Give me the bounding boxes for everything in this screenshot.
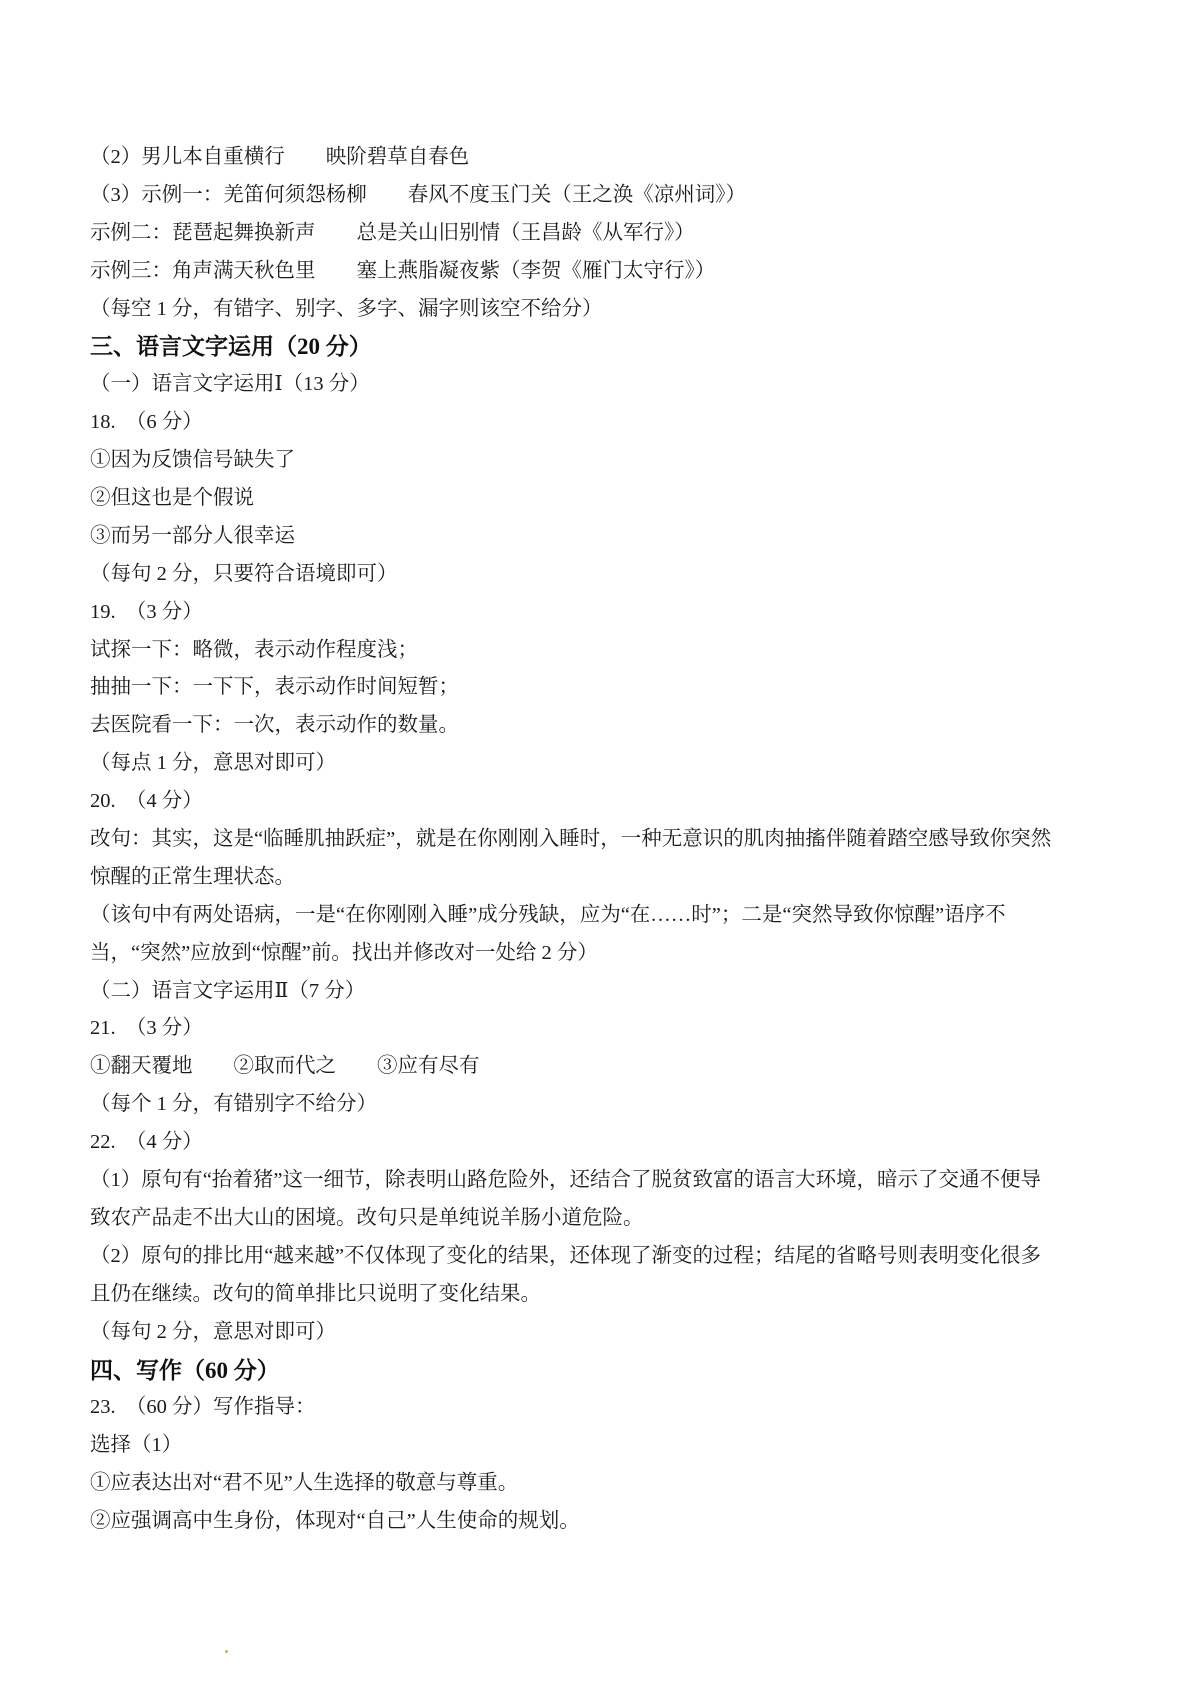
answer-line: ①应表达出对“君不见”人生选择的敬意与尊重。 — [90, 1465, 1130, 1503]
question-number: 18. （6 分） — [90, 404, 1130, 442]
answer-line: 抽抽一下：一下下，表示动作时间短暂； — [90, 669, 1130, 707]
answer-line: （3）示例一：羌笛何须怨杨柳 春风不度玉门关（王之涣《凉州词》） — [90, 177, 1130, 215]
answer-line: （2）原句的排比用“越来越”不仅体现了变化的结果，还体现了渐变的过程；结尾的省略… — [90, 1238, 1130, 1276]
question-number: 21. （3 分） — [90, 1010, 1130, 1048]
answer-line: ③而另一部分人很幸运 — [90, 518, 1130, 556]
answer-line: （1）原句有“抬着猪”这一细节，除表明山路危险外，还结合了脱贫致富的语言大环境，… — [90, 1162, 1130, 1200]
section-heading: 四、写作（60 分） — [90, 1352, 1130, 1390]
scoring-note: （每空 1 分，有错字、别字、多字、漏字则该空不给分） — [90, 291, 1130, 329]
answer-key-text-block: （2）男儿本自重横行 映阶碧草自春色 （3）示例一：羌笛何须怨杨柳 春风不度玉门… — [90, 139, 1130, 1541]
answer-line: ①因为反馈信号缺失了 — [90, 442, 1130, 480]
answer-line: （2）男儿本自重横行 映阶碧草自春色 — [90, 139, 1130, 177]
answer-line: 改句：其实，这是“临睡肌抽跃症”，就是在你刚刚入睡时，一种无意识的肌肉抽搐伴随着… — [90, 821, 1130, 859]
scan-speck — [225, 1650, 228, 1653]
answer-line: 惊醒的正常生理状态。 — [90, 859, 1130, 897]
scoring-note: （该句中有两处语病，一是“在你刚刚入睡”成分残缺，应为“在……时”；二是“突然导… — [90, 897, 1130, 935]
document-page: （2）男儿本自重横行 映阶碧草自春色 （3）示例一：羌笛何须怨杨柳 春风不度玉门… — [0, 0, 1200, 1698]
answer-line: 示例二：琵琶起舞换新声 总是关山旧别情（王昌龄《从军行》） — [90, 215, 1130, 253]
scoring-note: （每句 2 分，只要符合语境即可） — [90, 556, 1130, 594]
question-number: 20. （4 分） — [90, 783, 1130, 821]
section-heading: 三、语言文字运用（20 分） — [90, 328, 1130, 366]
answer-line: 去医院看一下：一次，表示动作的数量。 — [90, 707, 1130, 745]
answer-line: ①翻天覆地 ②取而代之 ③应有尽有 — [90, 1048, 1130, 1086]
scoring-note: （每句 2 分，意思对即可） — [90, 1314, 1130, 1352]
question-number: 22. （4 分） — [90, 1124, 1130, 1162]
subsection-heading: （一）语言文字运用Ⅰ（13 分） — [90, 366, 1130, 404]
answer-line: 且仍在继续。改句的简单排比只说明了变化结果。 — [90, 1276, 1130, 1314]
scoring-note: 当，“突然”应放到“惊醒”前。找出并修改对一处给 2 分） — [90, 935, 1130, 973]
scoring-note: （每点 1 分，意思对即可） — [90, 745, 1130, 783]
question-number: 23. （60 分）写作指导： — [90, 1389, 1130, 1427]
subsection-heading: （二）语言文字运用Ⅱ（7 分） — [90, 973, 1130, 1011]
scoring-note: （每个 1 分，有错别字不给分） — [90, 1086, 1130, 1124]
answer-line: 致农产品走不出大山的困境。改句只是单纯说羊肠小道危险。 — [90, 1200, 1130, 1238]
answer-line: 示例三：角声满天秋色里 塞上燕脂凝夜紫（李贺《雁门太守行》） — [90, 253, 1130, 291]
question-number: 19. （3 分） — [90, 594, 1130, 632]
answer-line: 试探一下：略微，表示动作程度浅； — [90, 632, 1130, 670]
answer-line: ②应强调高中生身份，体现对“自己”人生使命的规划。 — [90, 1503, 1130, 1541]
answer-line: ②但这也是个假说 — [90, 480, 1130, 518]
answer-line: 选择（1） — [90, 1427, 1130, 1465]
